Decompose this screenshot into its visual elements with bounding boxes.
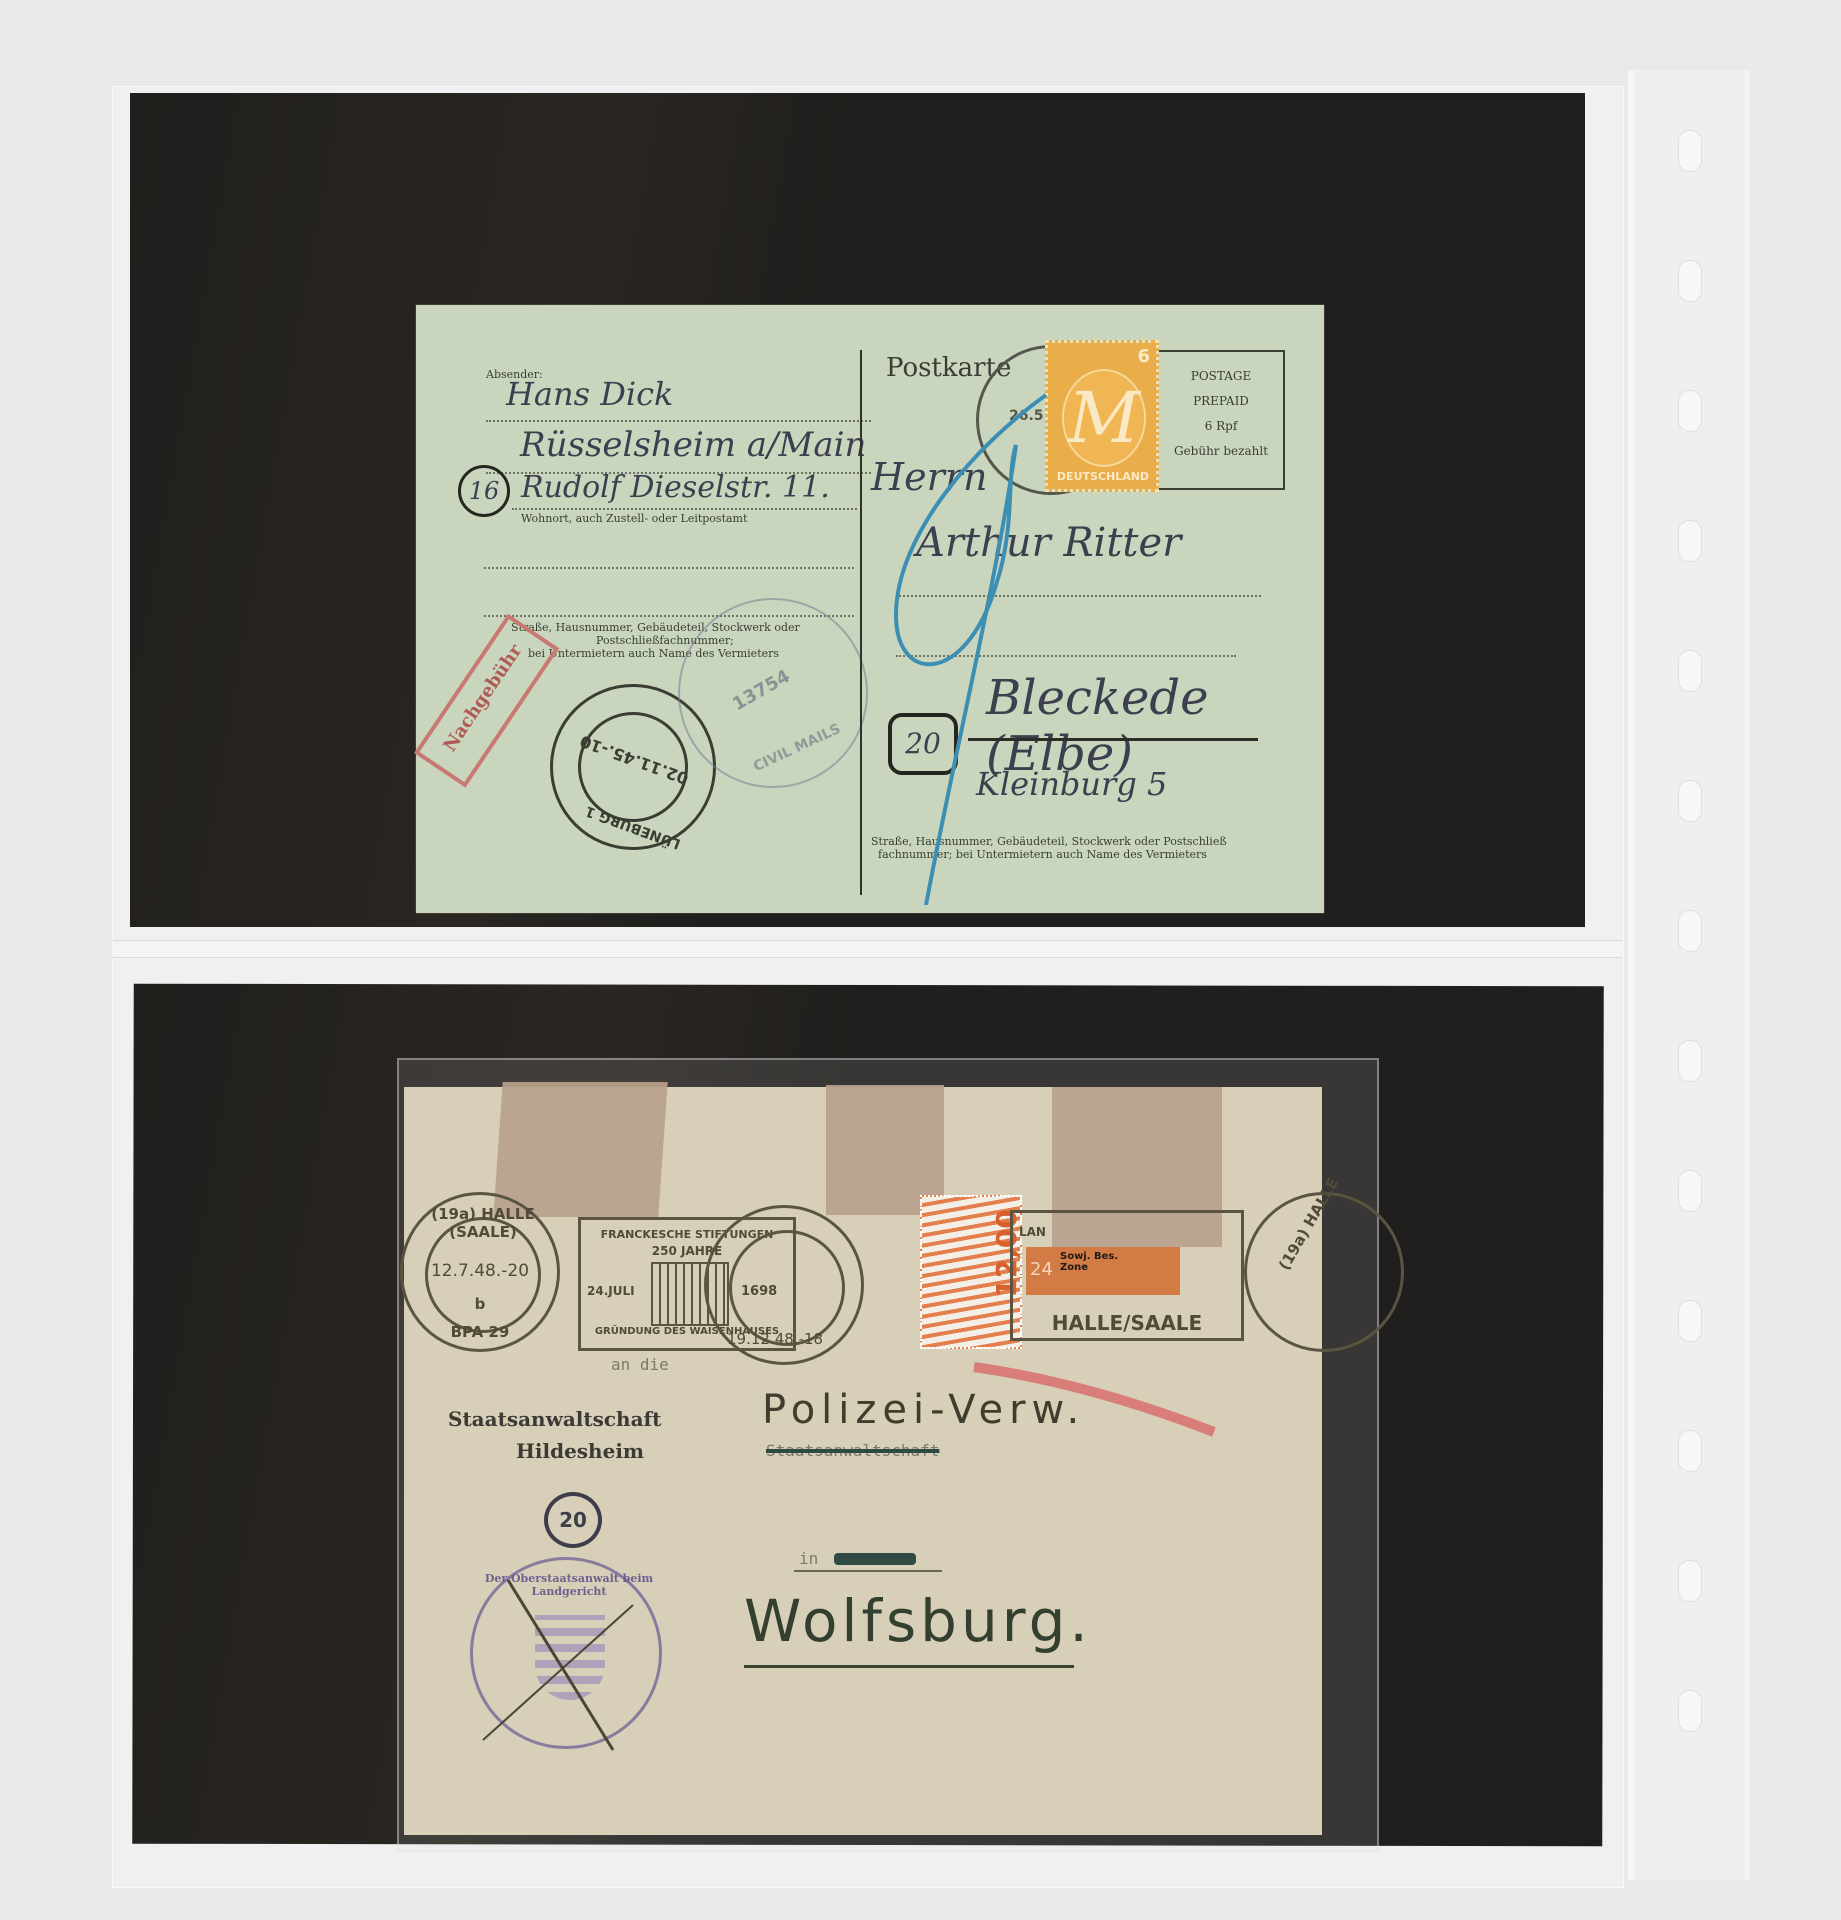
handwritten-city: Wolfsburg. (744, 1587, 1092, 1655)
punch-hole (1678, 1560, 1702, 1602)
blue-crayon-mark (856, 385, 1076, 905)
punch-hole (1678, 260, 1702, 302)
sender-cachet-line2: Hildesheim (516, 1439, 644, 1463)
punch-hole (1678, 390, 1702, 432)
typed-struck-addressee: Staatsanwaltschaft (766, 1441, 939, 1460)
punch-hole (1678, 1690, 1702, 1732)
punch-hole (1678, 1300, 1702, 1342)
binder-strip (1628, 70, 1750, 1880)
halle-postmark-left: (19a) HALLE (SAALE) 12.7.48.-20 b BPA 29 (400, 1192, 560, 1352)
punch-hole (1678, 650, 1702, 692)
postcode-circle-20: 20 (544, 1492, 602, 1548)
typed-an-die: an die (611, 1355, 669, 1374)
punch-hole (1678, 130, 1702, 172)
envelope: (19a) HALLE (SAALE) 12.7.48.-20 b BPA 29… (404, 1087, 1322, 1835)
punch-hole (1678, 780, 1702, 822)
punch-hole (1678, 1430, 1702, 1472)
postage-prepaid-box: POSTAGE PREPAID 6 Rpf Gebühr bezahlt (1159, 350, 1285, 490)
red-crayon-mark (964, 1357, 1224, 1437)
sender-name: Hans Dick (506, 375, 673, 413)
dotted-line (484, 567, 854, 569)
city-underline (744, 1665, 1074, 1668)
wohnort-label: Wohnort, auch Zustell- oder Leitpostamt (521, 512, 747, 525)
halle-postmark-middle: 19.12.48.-18 (704, 1205, 864, 1365)
red-boxed-cachet: Nachgebühr (414, 614, 559, 788)
halle-postmark-right: (19a) HALLE (1244, 1192, 1404, 1352)
censor-mark: 13754 CIVIL MAILS (678, 598, 868, 788)
punch-hole (1678, 1170, 1702, 1212)
sender-city: Rüsselsheim a/Main (520, 425, 866, 465)
sender-postcode-circle: 16 (458, 465, 510, 517)
dotted-line (486, 420, 871, 422)
typed-underline (794, 1570, 942, 1572)
tape-strip (493, 1082, 667, 1217)
dotted-line (512, 508, 857, 510)
sender-cachet-line1: Staatsanwaltschaft (448, 1407, 661, 1431)
slogan-cancel-halle: LAN HALLE/SAALE (1010, 1210, 1244, 1341)
postcard: Absender: Postkarte Hans Dick Rüsselshei… (416, 305, 1324, 913)
oberstaatsanwalt-seal: Der Oberstaatsanwalt beim Landgericht (470, 1557, 662, 1749)
typed-in: in (799, 1549, 818, 1568)
stamp-12-00: 12,00 (920, 1195, 1022, 1349)
punch-hole (1678, 1040, 1702, 1082)
punch-hole (1678, 520, 1702, 562)
sender-street: Rudolf Dieselstr. 11. (521, 470, 830, 505)
sleeve-divider (112, 940, 1622, 958)
punch-hole (1678, 910, 1702, 952)
struck-out-city (834, 1553, 916, 1565)
